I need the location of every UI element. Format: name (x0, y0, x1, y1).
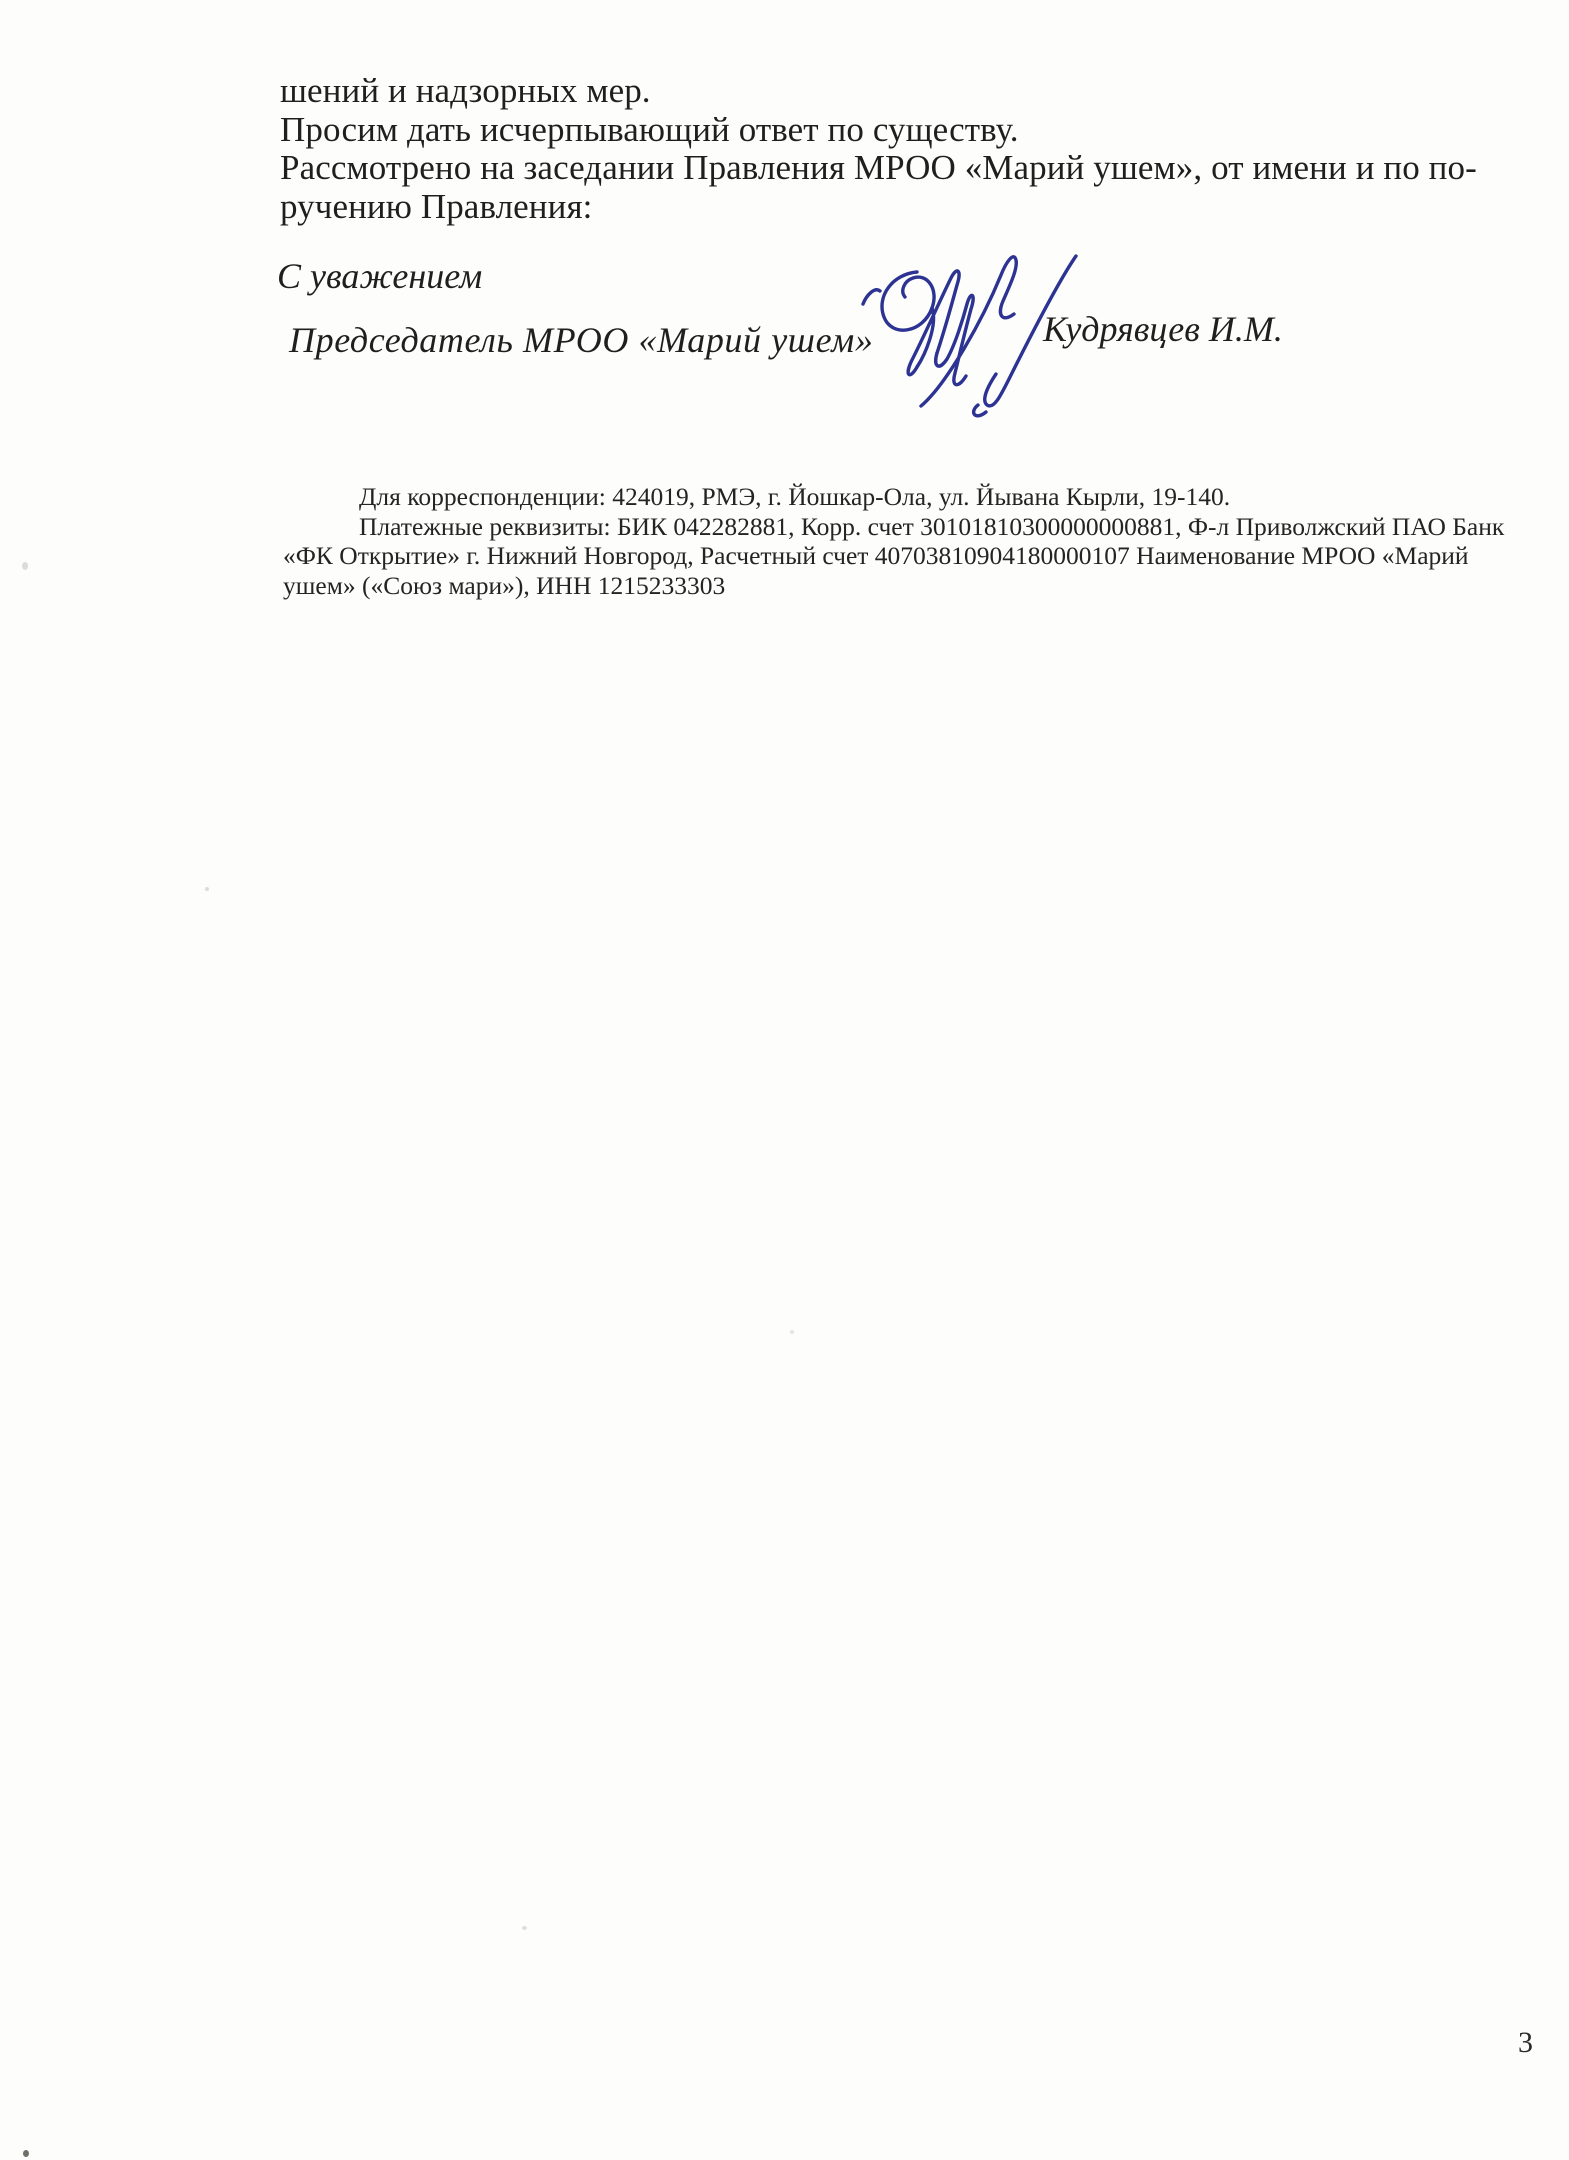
scanned-letter-page: шений и надзорных мер. Просим дать исчер… (0, 0, 1569, 2160)
signer-name: Кудрявцев И.М. (1043, 308, 1283, 350)
scan-speck (23, 2150, 29, 2157)
scan-speck (790, 1330, 794, 1334)
scan-speck (522, 1926, 527, 1930)
closing-block: С уважением Председатель МРОО «Марий уше… (277, 256, 482, 296)
body-line: Просим дать исчерпывающий ответ по сущес… (280, 111, 1390, 150)
page-number: 3 (1518, 2026, 1533, 2060)
footer-line: Для корреспонденции: 424019, РМЭ, г. Йош… (283, 482, 1393, 512)
letter-footer: Для корреспонденции: 424019, РМЭ, г. Йош… (283, 482, 1393, 600)
footer-line: «ФК Открытие» г. Нижний Новгород, Расчет… (283, 541, 1393, 571)
letter-body: шений и надзорных мер. Просим дать исчер… (280, 72, 1390, 226)
body-line: ручению Правления: (280, 188, 1390, 227)
scan-speck (205, 887, 209, 891)
body-line: шений и надзорных мер. (280, 72, 1390, 111)
body-line: Рассмотрено на заседании Правления МРОО … (280, 149, 1390, 188)
scan-speck (22, 562, 28, 570)
signer-title: Председатель МРОО «Марий ушем» (289, 320, 873, 360)
footer-line: Платежные реквизиты: БИК 042282881, Корр… (283, 512, 1393, 542)
footer-line: ушем» («Союз мари»), ИНН 1215233303 (283, 571, 1393, 601)
closing-salutation: С уважением (277, 256, 482, 296)
